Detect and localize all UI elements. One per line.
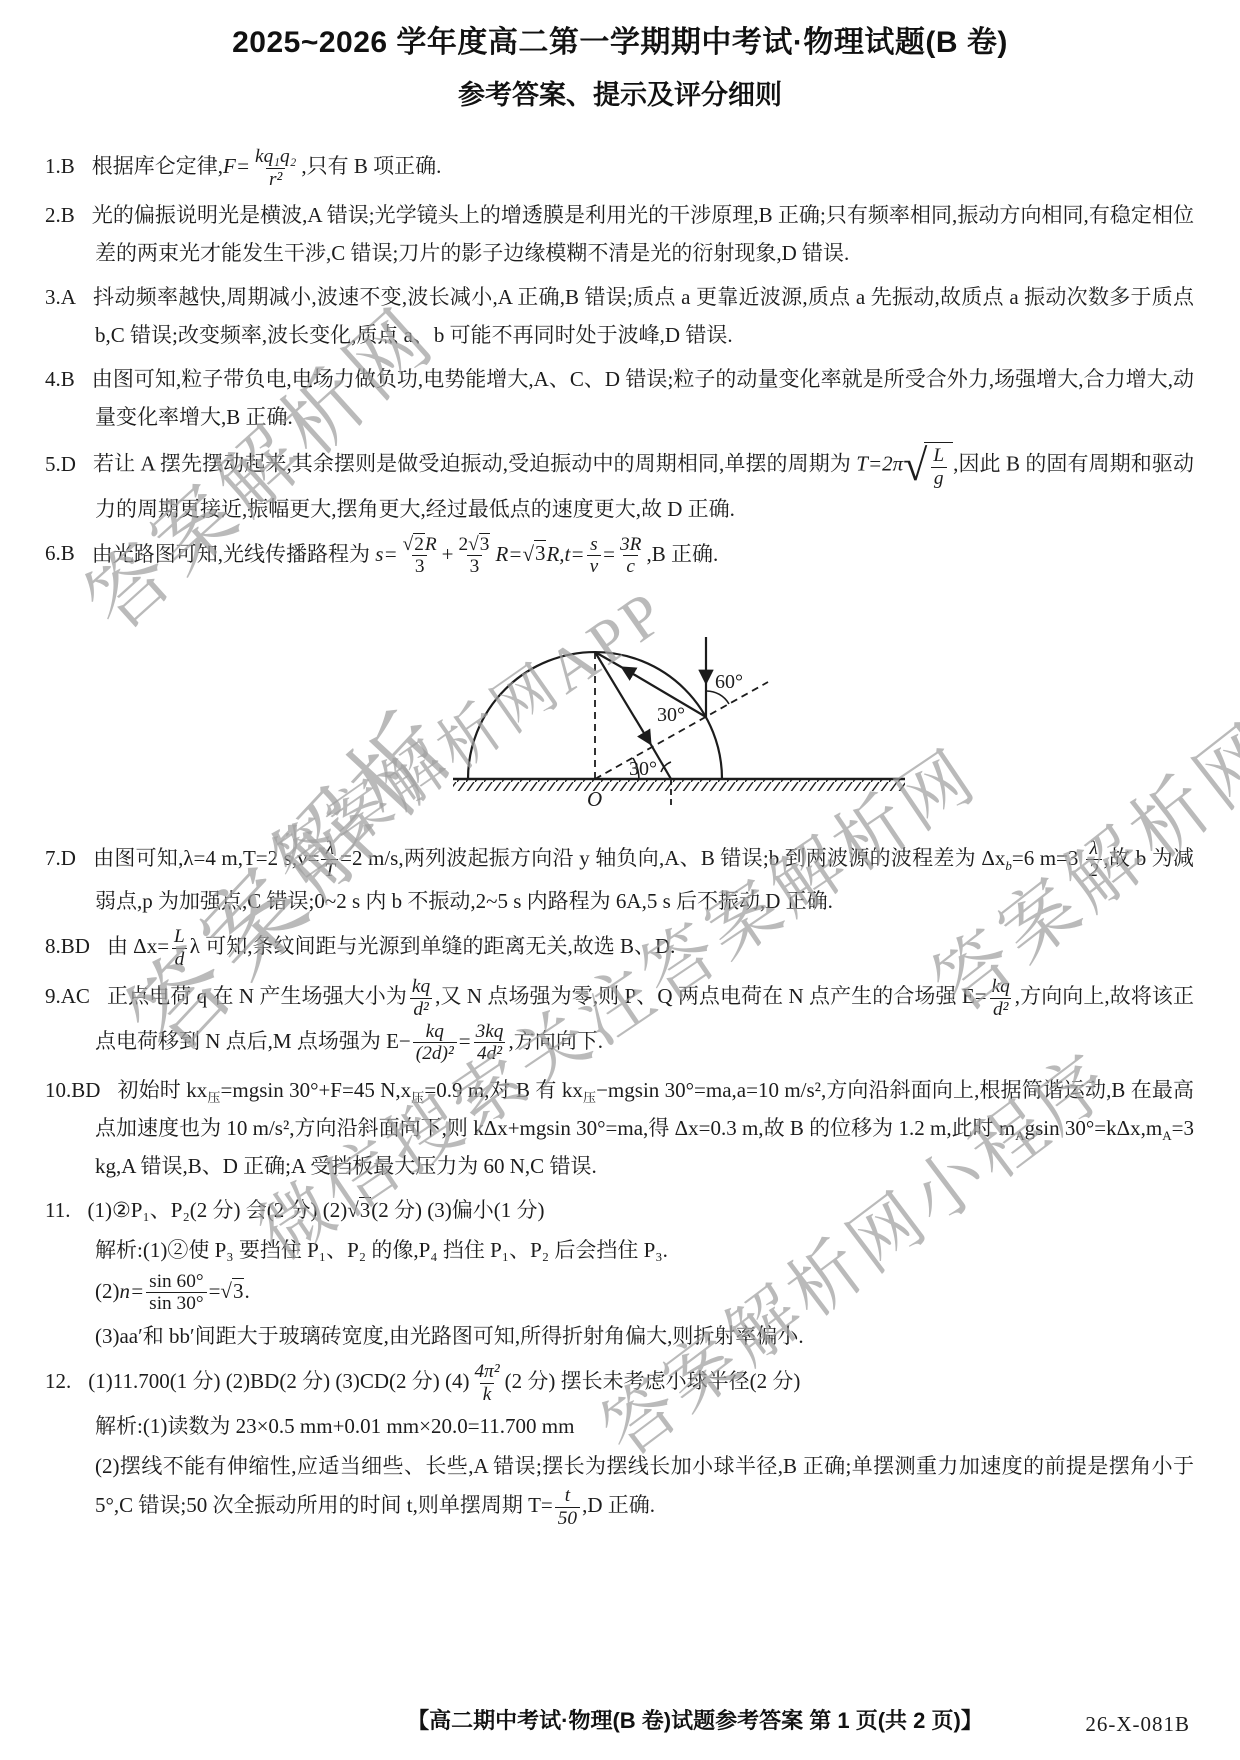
item-number: 11. [45,1191,70,1229]
answer-item-3: 3.A抖动频率越快,周期减小,波速不变,波长减小,A 正确,B 错误;质点 a … [0,278,1240,354]
text: ,D 正确. [582,1493,655,1517]
fraction: 3Rc [617,534,644,578]
text: ,方向向下. [508,1028,603,1052]
item-number: 3.A [45,278,76,316]
item-number: 10.BD [45,1071,100,1109]
subscript: 压 [207,1090,220,1105]
fraction: λ2 [1086,838,1102,882]
text: 由 Δx= [107,934,169,958]
text: (2 分) (3)偏小(1 分) [371,1198,544,1222]
answer-item-10: 10.BD初始时 kx压=mgsin 30°+F=45 N,x压=0.9 m,对… [0,1071,1240,1185]
math: F= [223,154,250,178]
sqrt-expression: √3 [220,1278,244,1303]
answer-item-4: 4.B由图可知,粒子带负电,电场力做负功,电势能增大,A、C、D 错误;粒子的动… [0,360,1240,436]
item-number: 9.AC [45,977,90,1015]
fraction: 3kq4d² [473,1021,507,1065]
text: 抖动频率越快,周期减小,波速不变,波长减小,A 正确,B 错误;质点 a 更靠近… [93,285,1194,347]
fraction: kq₁q₂r² [252,146,299,190]
fraction: sin 60°sin 30° [146,1271,206,1315]
text: 光的偏振说明光是横波,A 错误;光学镜头上的增透膜是利用光的干涉原理,B 正确;… [92,203,1194,265]
text: 解析:(1)②使 P₃ 要挡住 P₁、P₂ 的像,P₄ 挡住 P₁、P₂ 后会挡… [95,1238,668,1262]
text: ,又 N 点场强为零,则 P、Q 两点电荷在 N 点产生的合场强 E= [435,984,986,1008]
answer-item-9: 9.AC正点电荷 q 在 N 产生场强大小为kqd²,又 N 点场强为零,则 P… [0,976,1240,1065]
item-11-part3: (3)aa′和 bb′间距大于玻璃砖宽度,由光路图可知,所得折射角偏大,则折射率… [95,1317,1194,1355]
origin-label: O [587,787,602,811]
text: 由图可知,λ=4 m,T=2 s,v= [93,846,320,870]
item-number: 2.B [45,196,75,234]
fraction: Ld [171,926,188,970]
fraction: kqd² [409,976,433,1020]
text: 解析:(1)读数为 23×0.5 mm+0.01 mm×20.0=11.700 … [95,1414,574,1438]
math: = [459,1028,471,1052]
sqrt-expression: √Lg [903,442,953,489]
fraction: kq(2d)² [413,1021,457,1065]
fraction: 2√33 [456,534,494,578]
angle-label-30-mid: 30° [657,704,685,726]
math: = [603,541,615,565]
text: . [244,1279,249,1303]
page-subtitle: 参考答案、提示及评分细则 [0,76,1240,114]
item-number: 5.D [45,445,76,483]
radical-sign: √ [403,534,414,555]
answer-item-8: 8.BD由 Δx=Ldλ 可知,条纹间距与光源到单缝的距离无关,故选 B、D. [0,926,1240,970]
item-12-analysis-2: (2)摆线不能有伸缩性,应适当细些、长些,A 错误;摆长为摆线长加小球半径,B … [95,1447,1194,1529]
math: s= [375,541,397,565]
internal-ray [595,652,650,743]
math: R= [495,541,522,565]
text: =2 m/s,两列波起振方向沿 y 轴负向,A、B 错误;b 到两波源的波程差为… [340,846,1005,870]
angle-label-60: 60° [715,671,743,693]
answer-item-2: 2.B光的偏振说明光是横波,A 错误;光学镜头上的增透膜是利用光的干涉原理,B … [0,196,1240,272]
item-11-part2: (2)n=sin 60°sin 30°=√3. [95,1271,1194,1315]
fraction: kqd² [989,976,1013,1020]
answer-item-6: 6.B由光路图可知,光线传播路程为 s=√2R3+2√33R=√3R,t=sv=… [0,534,1240,578]
text: =mgsin 30°+F=45 N,x [221,1078,412,1102]
item-12-analysis-1: 解析:(1)读数为 23×0.5 mm+0.01 mm×20.0=11.700 … [95,1407,1194,1445]
math: = [209,1279,221,1303]
answer-item-7: 7.D由图可知,λ=4 m,T=2 s,v=λT=2 m/s,两列波起振方向沿 … [0,838,1240,920]
item-number: 6.B [45,534,75,572]
fraction: √2R3 [400,534,440,578]
item-number: 1.B [45,147,75,185]
text: (2) [95,1279,120,1303]
optics-diagram: 60° 30° 30° O [448,584,910,830]
answer-item-5: 5.D若让 A 摆先摆动起来,其余摆则是做受迫振动,受迫振动中的周期相同,单摆的… [0,442,1240,527]
text: (2 分) 摆长未考虑小球半径(2 分) [505,1369,801,1393]
subscript: A [1162,1128,1171,1143]
fraction: t50 [555,1485,580,1529]
angle-label-30-bottom: 30° [629,758,657,780]
page-title: 2025~2026 学年度高二第一学期期中考试·物理试题(B 卷) [0,0,1240,62]
fraction: Lg [930,445,947,489]
text: =0.9 m,对 B 有 kx [424,1078,582,1102]
answer-item-1: 1.B根据库仑定律,F=kq₁q₂r²,只有 B 项正确. [0,146,1240,190]
text: 由光路图可知,光线传播路程为 [92,541,376,565]
text: 正点电荷 q 在 N 产生场强大小为 [107,984,407,1008]
fraction: sv [587,534,602,578]
text: (3)aa′和 bb′间距大于玻璃砖宽度,由光路图可知,所得折射角偏大,则折射率… [95,1324,804,1348]
text: ,B 正确. [646,541,718,565]
text: ,只有 B 项正确. [301,154,441,178]
text: =6 m=3 [1012,846,1084,870]
answer-item-12: 12.(1)11.700(1 分) (2)BD(2 分) (3)CD(2 分) … [0,1361,1240,1530]
radical-sign: √ [468,534,479,555]
sqrt-expression: √3 [347,1197,371,1222]
item-number: 4.B [45,360,75,398]
math: R,t= [546,541,584,565]
item-number: 7.D [45,839,76,877]
text: 根据库仑定律, [92,154,223,178]
exam-answer-page: 2025~2026 学年度高二第一学期期中考试·物理试题(B 卷) 参考答案、提… [0,0,1240,1760]
subscript: A [1015,1128,1024,1143]
sqrt-expression: √3 [522,540,546,565]
item-11-analysis: 解析:(1)②使 P₃ 要挡住 P₁、P₂ 的像,P₄ 挡住 P₁、P₂ 后会挡… [95,1231,1194,1269]
text: 由图可知,粒子带负电,电场力做负功,电势能增大,A、C、D 错误;粒子的动量变化… [92,367,1194,429]
fraction: 4π²k [471,1361,502,1405]
text: 初始时 kx [117,1078,207,1102]
answer-item-11: 11.(1)②P₁、P₂(2 分) 会(2 分) (2)√3(2 分) (3)偏… [0,1191,1240,1355]
footer-title: 【高二期中考试·物理(B 卷)试题参考答案 第 1 页(共 2 页)】 [150,1702,1240,1740]
subscript: 压 [411,1090,424,1105]
text: 若让 A 摆先摆动起来,其余摆则是做受迫振动,受迫振动中的周期相同,单摆的周期为 [93,452,856,476]
subscript: 压 [583,1090,596,1105]
item-number: 8.BD [45,927,90,965]
text: gsin 30°=kΔx,m [1025,1116,1163,1140]
answers-content: 1.B根据库仑定律,F=kq₁q₂r²,只有 B 项正确. 2.B光的偏振说明光… [0,146,1240,1536]
text: (1)11.700(1 分) (2)BD(2 分) (3)CD(2 分) (4) [88,1369,469,1393]
fraction: λT [321,838,338,882]
math: T=2π [856,452,903,476]
item-number: 12. [45,1362,71,1400]
text: λ 可知,条纹间距与光源到单缝的距离无关,故选 B、D. [190,934,676,958]
ground-hatching [453,780,905,791]
item-11-answers: 11.(1)②P₁、P₂(2 分) 会(2 分) (2)√3(2 分) (3)偏… [95,1191,1194,1229]
math: + [442,541,454,565]
item-12-answers: 12.(1)11.700(1 分) (2)BD(2 分) (3)CD(2 分) … [95,1361,1194,1405]
text: (1)②P₁、P₂(2 分) 会(2 分) (2) [87,1198,347,1222]
footer-code: 26-X-081B [1085,1705,1190,1743]
math: n= [120,1279,145,1303]
